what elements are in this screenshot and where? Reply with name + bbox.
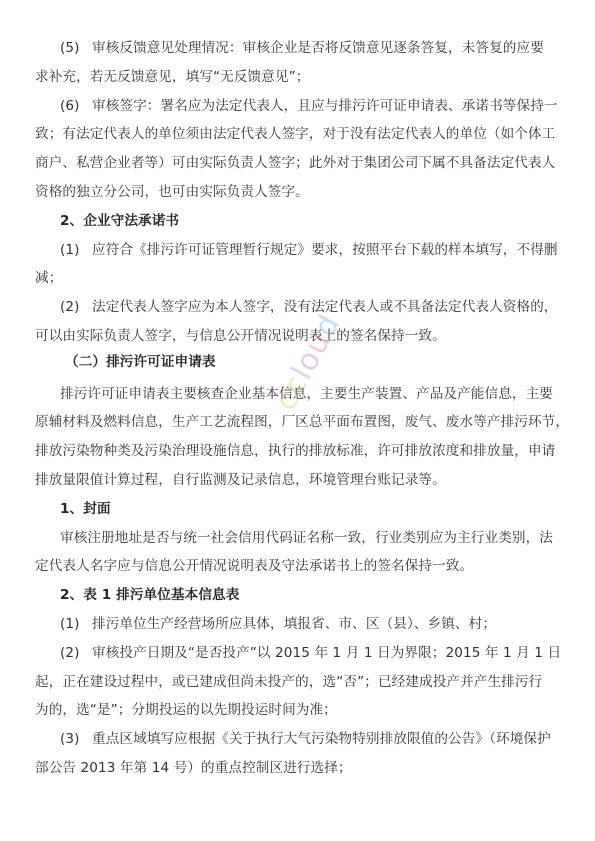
list-item: (1)排污单位生产经营场所应具体，填报省、市、区（县）、乡镇、村； <box>60 614 565 634</box>
item-text: 审核投产日期及“是否投产”以 2015 年 1 月 1 日为界限；2015 年 … <box>92 645 561 661</box>
item-text: 排污单位生产经营场所应具体，填报省、市、区（县）、乡镇、村； <box>92 616 496 632</box>
list-item: (3)重点区域填写应根据《关于执行大气污染物特别排放限值的公告》（环境保护 <box>60 729 565 749</box>
item-text: 审核反馈意见处理情况：审核企业是否将反馈意见逐条答复，未答复的应要 <box>92 40 544 56</box>
item-marker: (2) <box>60 297 92 317</box>
list-item: (6)审核签字：署名应为法定代表人，且应与排污许可证申请表、承诺书等保持一 <box>60 96 565 116</box>
text-line: 部公告 2013 年第 14 号）的重点控制区进行选择； <box>35 758 565 778</box>
text-line: 原辅材料及燃料信息，生产工艺流程图，厂区总平面布置图，废气、废水等产排污环节， <box>35 412 565 432</box>
text-line: 可以由实际负责人签字，与信息公开情况说明表上的签名保持一致。 <box>35 326 565 346</box>
text-line: 排放污染物种类及污染治理设施信息，执行的排放标准，许可排放浓度和排放量，申请 <box>35 441 565 461</box>
paragraph-line: 排污许可证申请表主要核查企业基本信息，主要生产装置、产品及产能信息，主要 <box>60 384 565 404</box>
item-marker: (6) <box>60 96 92 116</box>
item-marker: (5) <box>60 38 92 58</box>
document-page: (5)审核反馈意见处理情况：审核企业是否将反馈意见逐条答复，未答复的应要 求补充… <box>0 0 595 841</box>
paragraph-line: 审核注册地址是否与统一社会信用代码证名称一致，行业类别应为主行业类别，法 <box>60 528 565 548</box>
subheading-table-1: 2、表 1 排污单位基本信息表 <box>60 585 565 605</box>
item-text: 法定代表人签字应为本人签字，没有法定代表人或不具备法定代表人资格的， <box>92 299 558 315</box>
text-line: 减； <box>35 268 565 288</box>
list-item: (2)法定代表人签字应为本人签字，没有法定代表人或不具备法定代表人资格的， <box>60 297 565 317</box>
text-line: 商户、私营企业者等）可由实际负责人签字；此外对于集团公司下属不具备法定代表人 <box>35 153 565 173</box>
item-text: 审核签字：署名应为法定代表人，且应与排污许可证申请表、承诺书等保持一 <box>92 98 558 114</box>
text-line: 资格的独立分公司，也可由实际负责人签字。 <box>35 182 565 202</box>
text-line: 起，正在建设过程中，或已建成但尚未投产的，选“否”；已经建成投产并产生排污行 <box>35 672 565 692</box>
item-marker: (1) <box>60 240 92 260</box>
item-text: 应符合《排污许可证管理暂行规定》要求，按照平台下载的样本填写，不得删 <box>92 242 558 258</box>
list-item: (1)应符合《排污许可证管理暂行规定》要求，按照平台下载的样本填写，不得删 <box>60 240 565 260</box>
text-line: 求补充，若无反馈意见，填写“无反馈意见”； <box>35 67 565 87</box>
text-line: 致；有法定代表人的单位须由法定代表人签字，对于没有法定代表人的单位（如个体工 <box>35 124 565 144</box>
text-line: 定代表人名字应与信息公开情况说明表及守法承诺书上的签名保持一致。 <box>35 556 565 576</box>
subheading-commitment-letter: 2、企业守法承诺书 <box>60 211 565 231</box>
text-line: 排放量限值计算过程，自行监测及记录信息，环境管理台账记录等。 <box>35 470 565 490</box>
item-text: 重点区域填写应根据《关于执行大气污染物特别排放限值的公告》（环境保护 <box>92 731 551 747</box>
item-marker: (3) <box>60 729 92 749</box>
list-item: (5)审核反馈意见处理情况：审核企业是否将反馈意见逐条答复，未答复的应要 <box>60 38 565 58</box>
item-marker: (2) <box>60 643 92 663</box>
subheading-cover: 1、封面 <box>60 499 565 519</box>
section-heading-application-form: （二）排污许可证申请表 <box>65 352 595 372</box>
text-line: 为的，选“是”；分期投运的以先期投运时间为准； <box>35 700 565 720</box>
item-marker: (1) <box>60 614 92 634</box>
list-item: (2)审核投产日期及“是否投产”以 2015 年 1 月 1 日为界限；2015… <box>60 643 565 663</box>
